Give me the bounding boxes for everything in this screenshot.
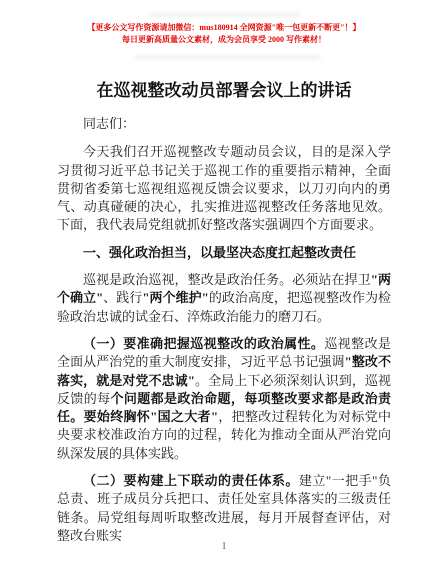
text-run: 同志们：: [83, 116, 135, 131]
promo-notice-line1: 【更多公文写作资源请加微信：mus180914 全网资源"唯一包更新不断更"！】: [57, 22, 391, 34]
scan-smudge: [150, 13, 300, 16]
bold-text-run: （二）要构建上下联动的责任体系。: [83, 473, 299, 488]
document-body: 同志们：今天我们召开巡视整改专题动员会议，目的是深入学习贯彻习近平总书记关于巡视…: [57, 115, 391, 545]
paragraph-3-section-heading: 一、强化政治担当，以最坚决态度扛起整改责任: [57, 244, 391, 262]
paragraph-6-body: （二）要构建上下联动的责任体系。建立"一把手"负总责、班子成员分兵把口、责任处室…: [57, 472, 391, 545]
text-run: 巡视是政治巡视，整改是政治任务。必须站在捍卫: [83, 272, 371, 287]
text-run: 、践行: [103, 290, 142, 305]
text-run: 今天我们召开巡视整改专题动员会议，目的是深入学习贯彻习近平总书记关于巡视工作的重…: [57, 144, 391, 232]
document-page: 【更多公文写作资源请加微信：mus180914 全网资源"唯一包更新不断更"！】…: [0, 0, 448, 580]
document-title: 在巡视整改动员部署会议上的讲话: [57, 80, 391, 102]
bold-text-run: （一）要准确把握巡视整改的政治属性。: [83, 336, 324, 351]
scan-smudge: [135, 56, 320, 59]
page-number: 1: [0, 541, 448, 552]
paragraph-1-salutation: 同志们：: [57, 115, 391, 133]
paragraph-5-body: （一）要准确把握巡视整改的政治属性。巡视整改是全面从严治党的重大制度安排，习近平…: [57, 335, 391, 463]
bold-text-run: "两个维护": [142, 290, 209, 305]
paragraph-2-body: 今天我们召开巡视整改专题动员会议，目的是深入学习贯彻习近平总书记关于巡视工作的重…: [57, 143, 391, 234]
promo-notice: 【更多公文写作资源请加微信：mus180914 全网资源"唯一包更新不断更"！】…: [57, 22, 391, 46]
bold-text-run: 一、强化政治担当，以最坚决态度扛起整改责任: [83, 245, 356, 260]
promo-notice-line2: 每日更新高质量公文素材，成为会员享受 2000 写作素材！: [57, 34, 391, 46]
paragraph-4-body: 巡视是政治巡视，整改是政治任务。必须站在捍卫"两个确立"、践行"两个维护"的政治…: [57, 271, 391, 326]
